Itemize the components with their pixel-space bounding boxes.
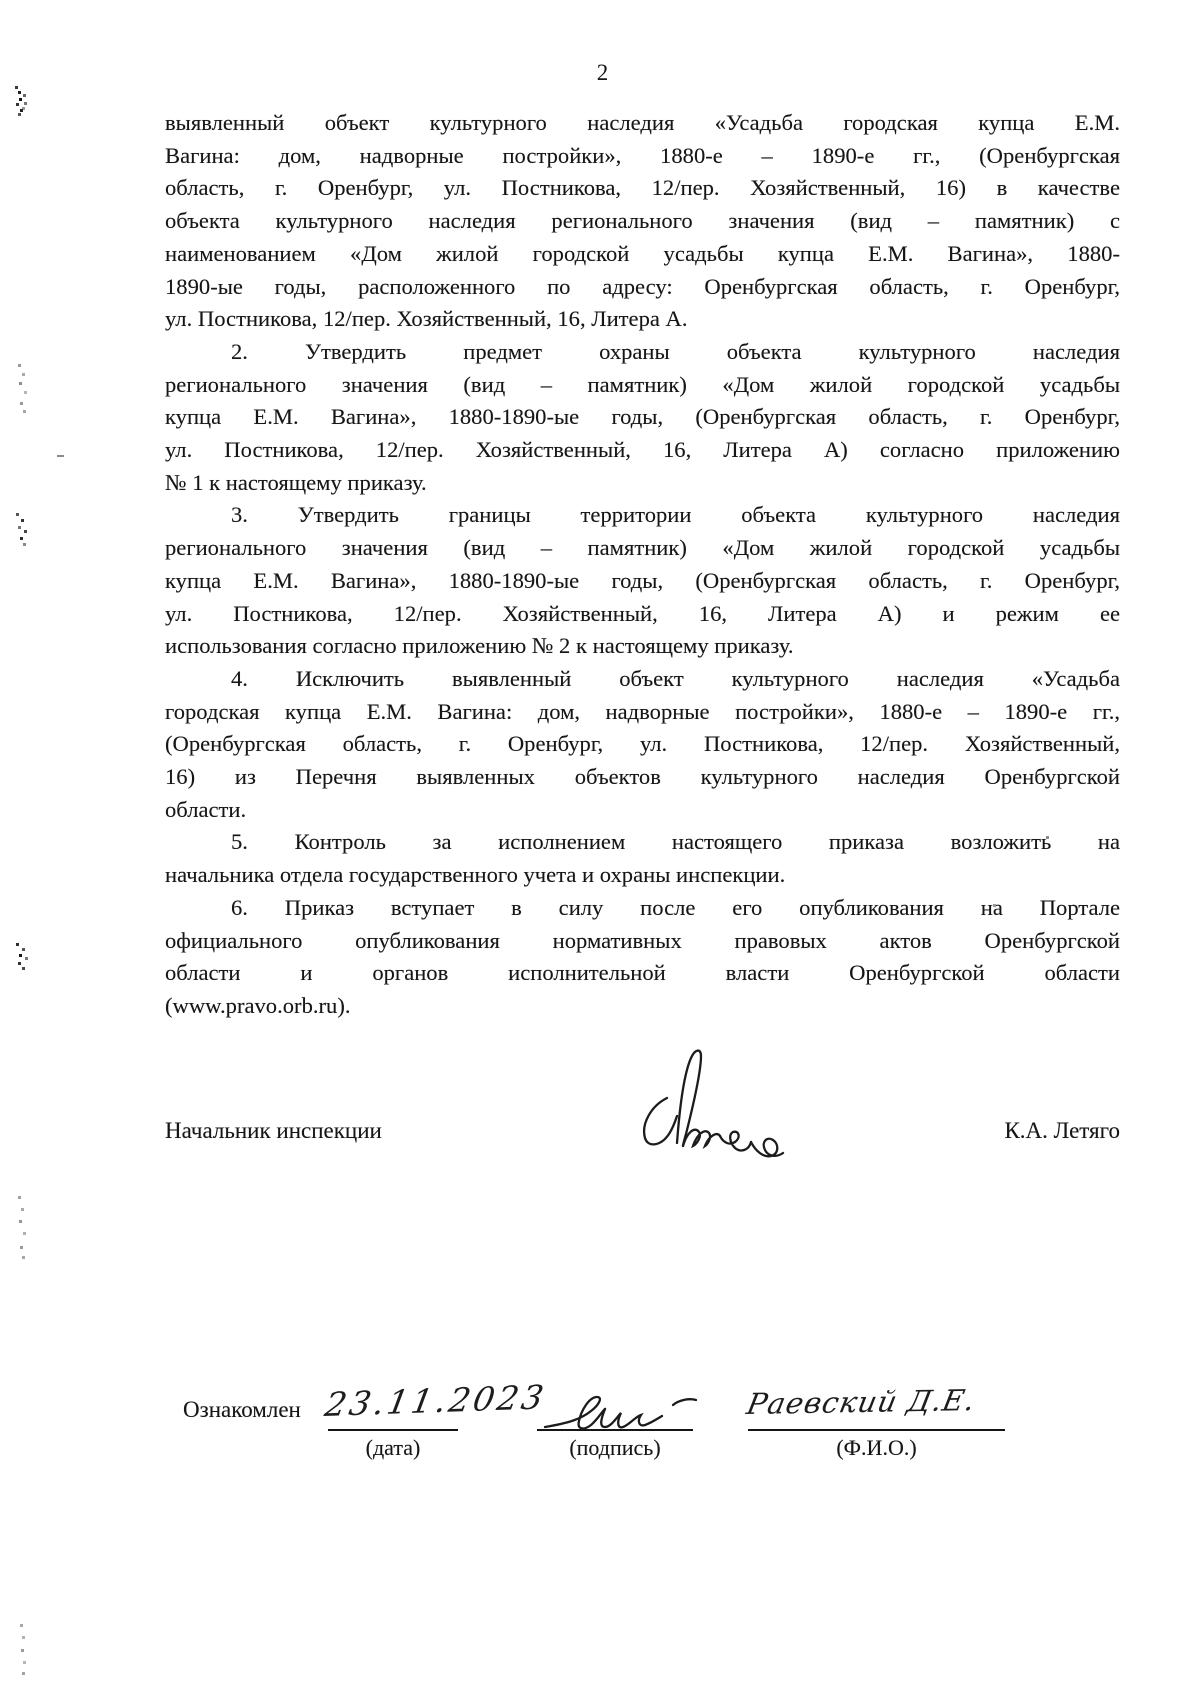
paragraph-line: официального опубликования нормативных п… xyxy=(165,925,1120,958)
acknowledged-label: Ознакомлен xyxy=(183,1397,301,1423)
paragraph-line: 1890-ые годы, расположенного по адресу: … xyxy=(165,271,1120,304)
date-caption: (дата) xyxy=(328,1435,458,1461)
scan-artifact xyxy=(18,364,21,367)
paragraph-line: 16) из Перечня выявленных объектов культ… xyxy=(165,761,1120,794)
paragraph-line: ул. Постникова, 12/пер. Хозяйственный, 1… xyxy=(165,434,1120,467)
paragraph-line: наименованием «Дом жилой городской усадь… xyxy=(165,238,1120,271)
paragraph-line: 3. Утвердить границы территории объекта … xyxy=(165,499,1120,532)
paragraph-line: области. xyxy=(165,794,1120,827)
signature-caption: (подпись) xyxy=(537,1435,693,1461)
page-number: 2 xyxy=(165,60,1040,86)
signer-position-title: Начальник инспекции xyxy=(165,1118,382,1144)
scanned-order-page: 2 выявленный объект культурного наследия… xyxy=(0,0,1200,1697)
paragraph-line: ул. Постникова, 12/пер. Хозяйственный, 1… xyxy=(165,598,1120,631)
paragraph-line: городская купца Е.М. Вагина: дом, надвор… xyxy=(165,696,1120,729)
paragraph-line: ул. Постникова, 12/пер. Хозяйственный, 1… xyxy=(165,303,1120,336)
paragraph-line: 2. Утвердить предмет охраны объекта куль… xyxy=(165,336,1120,369)
date-underline xyxy=(328,1429,458,1431)
paragraph-line: 5. Контроль за исполнением настоящего пр… xyxy=(165,826,1120,859)
handwritten-name: Раевский Д.Е. xyxy=(744,1381,1072,1421)
paragraph-line: выявленный объект культурного наследия «… xyxy=(165,107,1120,140)
scan-artifact xyxy=(16,513,19,516)
fio-caption: (Ф.И.О.) xyxy=(748,1435,1005,1461)
paragraph-line: 6. Приказ вступает в силу после его опуб… xyxy=(165,892,1120,925)
paragraph-line: регионального значения (вид – памятник) … xyxy=(165,369,1120,402)
paragraph-line: (Оренбургская область, г. Оренбург, ул. … xyxy=(165,728,1120,761)
paragraph-line: регионального значения (вид – памятник) … xyxy=(165,532,1120,565)
paragraph-line: купца Е.М. Вагина», 1880-1890-ые годы, (… xyxy=(165,401,1120,434)
paragraph-line: (www.pravo.orb.ru). xyxy=(165,990,1120,1023)
signature-underline xyxy=(537,1429,693,1431)
paragraph-line: область, г. Оренбург, ул. Постникова, 12… xyxy=(165,172,1120,205)
letyago-signature-icon xyxy=(637,1046,809,1166)
order-body: выявленный объект культурного наследия «… xyxy=(165,107,1120,1023)
fio-underline xyxy=(748,1429,1005,1431)
scan-artifact xyxy=(993,904,996,907)
paragraph-line: № 1 к настоящему приказу. xyxy=(165,467,1120,500)
handwritten-date: 23.11.2023 xyxy=(322,1378,530,1424)
scan-artifact xyxy=(57,455,64,457)
scan-artifact xyxy=(16,943,19,946)
paragraph-line: купца Е.М. Вагина», 1880-1890-ые годы, (… xyxy=(165,565,1120,598)
scan-artifact xyxy=(15,86,18,89)
signer-name: К.А. Летяго xyxy=(860,1118,1120,1144)
scan-artifact xyxy=(1046,836,1049,839)
paragraph-line: Вагина: дом, надворные постройки», 1880-… xyxy=(165,140,1120,173)
scan-artifact xyxy=(18,1196,21,1199)
paragraph-line: объекта культурного наследия регионально… xyxy=(165,205,1120,238)
paragraph-line: использования согласно приложению № 2 к … xyxy=(165,630,1120,663)
paragraph-line: начальника отдела государственного учета… xyxy=(165,859,1120,892)
paragraph-line: области и органов исполнительной власти … xyxy=(165,957,1120,990)
scan-artifact xyxy=(20,1624,23,1627)
paragraph-line: 4. Исключить выявленный объект культурно… xyxy=(165,663,1120,696)
